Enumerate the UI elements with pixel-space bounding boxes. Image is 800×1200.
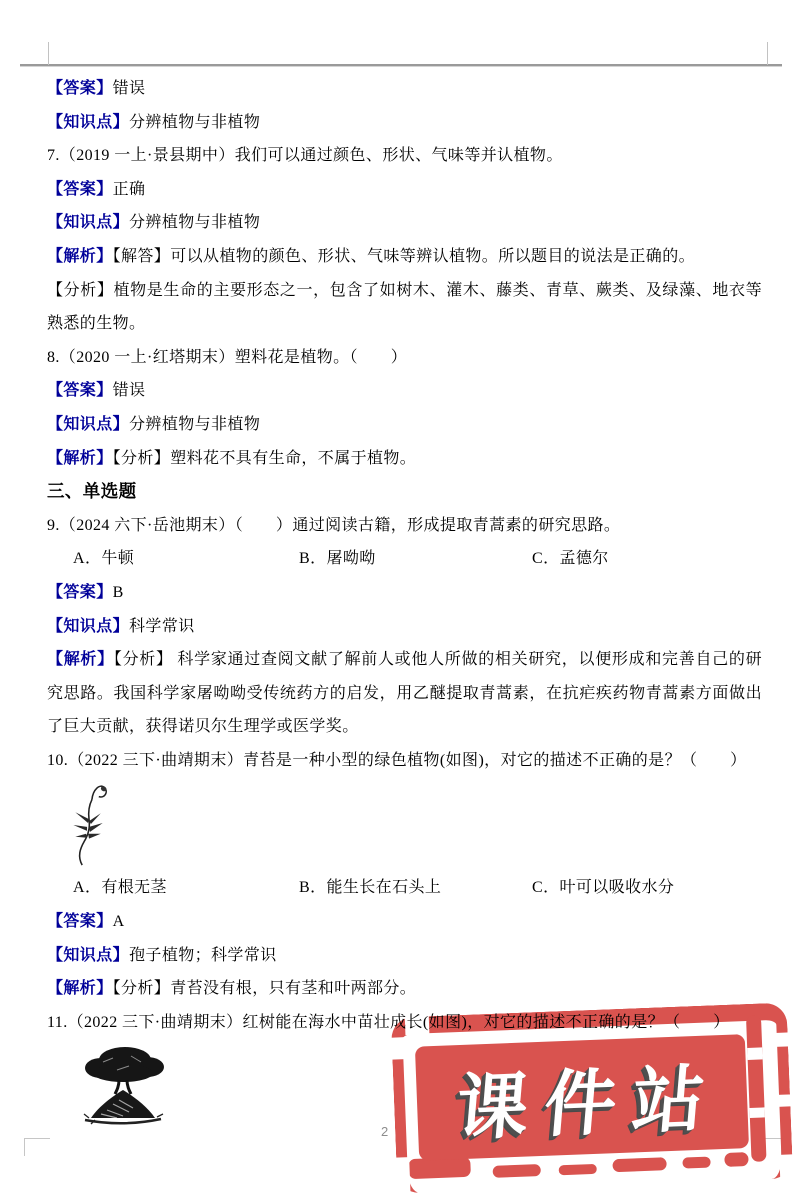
question-11-stem: 11.（2022 三下·曲靖期末）红树能在海水中苗壮成长(如图)，对它的描述不正… [47,1006,762,1040]
analysis-value: 【解答】可以从植物的颜色、形状、气味等辨认植物。所以题目的说法是正确的。 [113,248,695,265]
answer-label: 【答案】 [47,181,113,198]
analysis-line: 【解析】【分析】塑料花不具有生命，不属于植物。 [47,442,762,476]
answer-label: 【答案】 [47,584,113,601]
stamp-dash [724,1152,749,1167]
option-b: B．能生长在石头上 [299,871,532,905]
option-c: C．叶可以吸收水分 [532,871,762,905]
answer-label: 【答案】 [47,913,113,930]
moss-figure [47,777,762,871]
knowledge-value: 孢子植物；科学常识 [129,947,277,964]
knowledge-label: 【知识点】 [47,416,129,433]
stamp-dash [682,1157,710,1169]
answer-label: 【答案】 [47,382,113,399]
question-9-options: A．牛顿 B．屠呦呦 C．孟德尔 [47,542,762,576]
option-c: C．孟德尔 [532,542,762,576]
question-9-stem: 9.（2024 六下·岳池期末）（ ）通过阅读古籍，形成提取青蒿素的研究思路。 [47,509,762,543]
knowledge-value: 分辨植物与非植物 [129,114,260,131]
answer-line: 【答案】错误 [47,374,762,408]
question-7-stem: 7.（2019 一上·景县期中）我们可以通过颜色、形状、气味等并认植物。 [47,139,762,173]
knowledge-value: 分辨植物与非植物 [129,214,260,231]
document-body: 【答案】错误 【知识点】分辨植物与非植物 7.（2019 一上·景县期中）我们可… [0,72,800,1140]
knowledge-line: 【知识点】分辨植物与非植物 [47,106,762,140]
answer-line: 【答案】正确 [47,173,762,207]
answer-line: 【答案】A [47,905,762,939]
analysis-paragraph: 【分析】植物是生命的主要形态之一，包含了如树木、灌木、藤类、青草、蕨类、及绿藻、… [47,274,762,341]
knowledge-label: 【知识点】 [47,214,129,231]
knowledge-value: 分辨植物与非植物 [129,416,260,433]
knowledge-line: 【知识点】分辨植物与非植物 [47,206,762,240]
answer-line: 【答案】错误 [47,72,762,106]
margin-tick-right [767,42,768,65]
knowledge-line: 【知识点】科学常识 [47,610,762,644]
section-heading: 三、单选题 [47,475,762,509]
analysis-label: 【解析】 [47,450,113,467]
moss-sketch-icon [67,780,112,868]
document-page: 课件站 2 【答案】错误 【知识点】分辨植物与非植物 7.（2019 一上·景县… [0,0,800,1200]
stamp-gap [779,1154,795,1181]
option-a: A．有根无茎 [73,871,299,905]
analysis-paragraph: 【解析】【分析】 科学家通过查阅文献了解前人或他人所做的相关研究，以便形成和完善… [47,643,762,744]
option-a: A．牛顿 [73,542,299,576]
question-10-stem: 10.（2022 三下·曲靖期末）青苔是一种小型的绿色植物(如图)，对它的描述不… [47,744,762,778]
analysis-label: 【解析】 [47,980,113,997]
analysis-value: 【分析】塑料花不具有生命，不属于植物。 [113,450,417,467]
knowledge-line: 【知识点】孢子植物；科学常识 [47,939,762,973]
answer-value: 正确 [113,181,146,198]
mangrove-figure [47,1039,762,1140]
answer-value: A [113,913,125,930]
header-rule [20,64,782,67]
answer-value: 错误 [113,382,146,399]
answer-value: 错误 [113,80,146,97]
answer-label: 【答案】 [47,80,113,97]
question-10-options: A．有根无茎 B．能生长在石头上 C．叶可以吸收水分 [47,871,762,905]
analysis-value: 【分析】青苔没有根，只有茎和叶两部分。 [113,980,417,997]
knowledge-label: 【知识点】 [47,947,129,964]
margin-tick-left [48,42,49,65]
mangrove-sketch-icon [73,1044,173,1140]
stamp-dash [559,1164,597,1175]
analysis-line: 【解析】【解答】可以从植物的颜色、形状、气味等辨认植物。所以题目的说法是正确的。 [47,240,762,274]
knowledge-label: 【知识点】 [47,114,129,131]
answer-value: B [113,584,124,601]
stamp-dash [493,1164,541,1178]
knowledge-label: 【知识点】 [47,618,129,635]
analysis-value: 【分析】 科学家通过查阅文献了解前人或他人所做的相关研究，以便形成和完善自己的研… [47,651,762,735]
option-b: B．屠呦呦 [299,542,532,576]
analysis-label: 【解析】 [47,651,114,668]
answer-line: 【答案】B [47,576,762,610]
question-8-stem: 8.（2020 一上·红塔期末）塑料花是植物。（ ） [47,341,762,375]
text-boundary-mark [24,1138,25,1156]
stamp-dash [612,1157,666,1172]
knowledge-line: 【知识点】分辨植物与非植物 [47,408,762,442]
analysis-label: 【解析】 [47,248,113,265]
stamp-gap [395,1157,410,1194]
analysis-line: 【解析】【分析】青苔没有根，只有茎和叶两部分。 [47,972,762,1006]
stamp-dash [408,1157,471,1179]
knowledge-value: 科学常识 [129,618,195,635]
